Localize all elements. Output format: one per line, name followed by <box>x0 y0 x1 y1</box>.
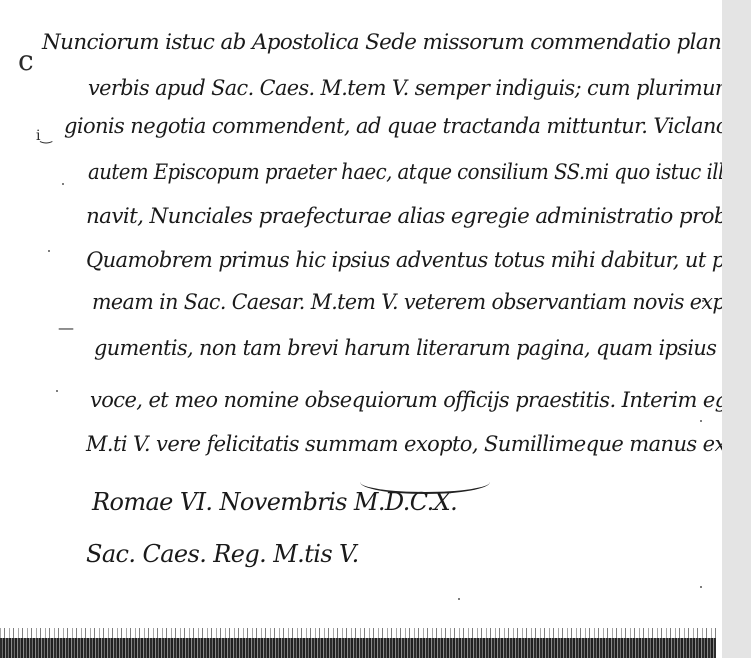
closing-salutation: Sac. Caes. Reg. M.tis V. <box>86 540 359 568</box>
scan-edge-noise <box>0 628 716 638</box>
ink-speck <box>458 598 460 600</box>
margin-annotation-mark: i‿ <box>36 128 52 144</box>
letter-line-7: meam in Sac. Caesar. M.tem V. veterem ob… <box>92 290 722 314</box>
letter-line-6: Quamobrem primus hic ipsius adventus tot… <box>86 248 722 272</box>
letter-line-5: navit, Nunciales praefecturae alias egre… <box>86 204 722 228</box>
letter-line-3: gionis negotia commendent, ad quae tract… <box>64 114 722 138</box>
letter-line-4: autem Episcopum praeter haec, atque cons… <box>88 160 722 184</box>
ink-speck <box>702 300 704 302</box>
viewer-side-panel <box>722 0 751 658</box>
ink-speck <box>700 420 702 422</box>
manuscript-page: c i‿ — Nunciorum istuc ab Apostolica Sed… <box>0 0 722 658</box>
letter-line-8: gumentis, non tam brevi harum literarum … <box>94 336 722 360</box>
margin-dash-mark: — <box>58 318 74 337</box>
dateline-flourish <box>360 470 490 494</box>
ink-speck <box>62 183 64 185</box>
ink-speck <box>48 250 50 252</box>
letter-line-10: M.ti V. vere felicitatis summam exopto, … <box>86 432 722 456</box>
letter-line-9: voce, et meo nomine obsequiorum officijs… <box>90 388 722 412</box>
ink-speck <box>700 586 702 588</box>
ink-speck <box>56 390 58 392</box>
margin-flourish-mark: c <box>18 44 34 77</box>
letter-line-2: verbis apud Sac. Caes. M.tem V. semper i… <box>88 76 722 100</box>
scan-dark-edge <box>0 638 716 658</box>
letter-line-1: Nunciorum istuc ab Apostolica Sede misso… <box>42 30 722 54</box>
